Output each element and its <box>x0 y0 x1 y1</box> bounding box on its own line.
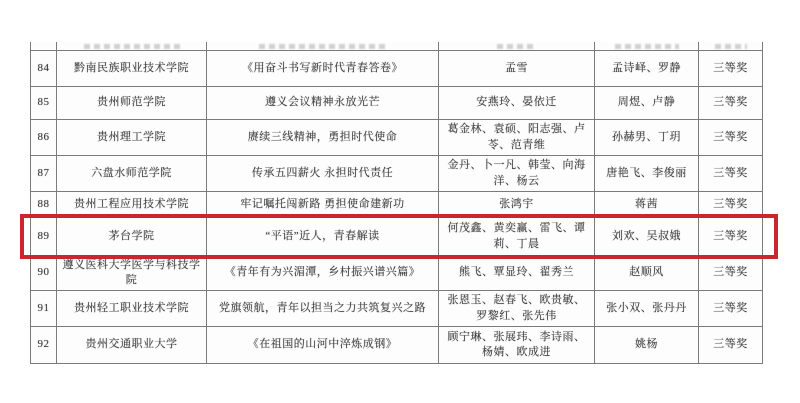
cell-school: 茅台学院 <box>57 218 207 256</box>
cell-work: 《用奋斗书写新时代青春答卷》 <box>207 51 439 87</box>
cell-award: 三等奖 <box>699 327 763 364</box>
cell-advisors: 刘欢、吴叔娥 <box>595 218 699 256</box>
cell-work: “平语”近人，青春解读 <box>207 218 439 256</box>
illegible-text-sliver <box>615 44 679 49</box>
cell-authors: 安燕玲、晏依迁 <box>439 87 595 120</box>
cell-work: 遵义会议精神永放光芒 <box>207 87 439 120</box>
table-row: 91 贵州轻工职业技术学院 党旗领航，青年以担当之力共筑复兴之路 张恩玉、赵春飞… <box>31 291 763 327</box>
award-table: 84 黔南民族职业技术学院 《用奋斗书写新时代青春答卷》 孟雪 孟诗峄、罗静 三… <box>30 42 763 364</box>
cell-authors: 何茂鑫、黄奕赢、雷飞、谭莉、丁晨 <box>439 218 595 256</box>
table-row: 84 黔南民族职业技术学院 《用奋斗书写新时代青春答卷》 孟雪 孟诗峄、罗静 三… <box>31 51 763 87</box>
cell-school: 贵州理工学院 <box>57 120 207 156</box>
table-row: 90 遵义医科大学医学与科技学院 《青年有为兴湄潭，乡村振兴谱兴篇》 熊飞、覃显… <box>31 256 763 291</box>
table-row: 92 贵州交通职业大学 《在祖国的山河中淬炼成钢》 顾宁琳、张展玮、李诗雨、杨婧… <box>31 327 763 364</box>
cell-no: 91 <box>31 291 57 327</box>
cell-school: 六盘水师范学院 <box>57 156 207 192</box>
cell-authors: 葛金林、袁硕、阳志强、卢苓、范青维 <box>439 120 595 156</box>
cell-school: 贵州轻工职业技术学院 <box>57 291 207 327</box>
cell-no: 92 <box>31 327 57 364</box>
cell-advisors: 姚杨 <box>595 327 699 364</box>
illegible-text-sliver <box>259 44 387 49</box>
cell-work: 党旗领航，青年以担当之力共筑复兴之路 <box>207 291 439 327</box>
cell-work: 《在祖国的山河中淬炼成钢》 <box>207 327 439 364</box>
table-row-highlighted: 89 茅台学院 “平语”近人，青春解读 何茂鑫、黄奕赢、雷飞、谭莉、丁晨 刘欢、… <box>31 218 763 256</box>
table-row: 86 贵州理工学院 赓续三线精神，勇担时代使命 葛金林、袁硕、阳志强、卢苓、范青… <box>31 120 763 156</box>
illegible-text-sliver <box>715 44 747 49</box>
cell-no: 85 <box>31 87 57 120</box>
cell-school: 遵义医科大学医学与科技学院 <box>57 256 207 291</box>
cell-school: 贵州师范学院 <box>57 87 207 120</box>
cell-school: 黔南民族职业技术学院 <box>57 51 207 87</box>
cell-school: 贵州工程应用技术学院 <box>57 192 207 218</box>
award-table-wrap: 84 黔南民族职业技术学院 《用奋斗书写新时代青春答卷》 孟雪 孟诗峄、罗静 三… <box>30 42 763 364</box>
cell-award <box>699 42 763 51</box>
cell-school: 贵州交通职业大学 <box>57 327 207 364</box>
cell-award: 三等奖 <box>699 120 763 156</box>
cell-award: 三等奖 <box>699 218 763 256</box>
cell-authors: 张恩玉、赵春飞、欧贵敏、罗黎红、张先伟 <box>439 291 595 327</box>
cell-authors: 熊飞、覃显玲、翟秀兰 <box>439 256 595 291</box>
cell-work: 牢记嘱托闯新路 勇担使命建新功 <box>207 192 439 218</box>
cell-no: 88 <box>31 192 57 218</box>
cell-no: 87 <box>31 156 57 192</box>
cell-advisors: 张小双、张丹丹 <box>595 291 699 327</box>
cell-work: 赓续三线精神，勇担时代使命 <box>207 120 439 156</box>
cell-award: 三等奖 <box>699 51 763 87</box>
cell-advisors: 周煜、卢静 <box>595 87 699 120</box>
cell-no: 89 <box>31 218 57 256</box>
table-row: 88 贵州工程应用技术学院 牢记嘱托闯新路 勇担使命建新功 张鸿宇 蒋茜 三等奖 <box>31 192 763 218</box>
cell-advisors: 赵顺风 <box>595 256 699 291</box>
cell-award: 三等奖 <box>699 291 763 327</box>
cell-no <box>31 42 57 51</box>
cell-advisors <box>595 42 699 51</box>
cell-authors: 金丹、卜一凡、韩莹、向海洋、杨云 <box>439 156 595 192</box>
cell-authors <box>439 42 595 51</box>
cell-advisors: 孙赫男、丁玥 <box>595 120 699 156</box>
cell-work: 传承五四薪火 永担时代责任 <box>207 156 439 192</box>
illegible-text-sliver <box>497 44 537 49</box>
cell-school <box>57 42 207 51</box>
cell-work <box>207 42 439 51</box>
cropped-previous-row <box>31 42 763 51</box>
cell-advisors: 孟诗峄、罗静 <box>595 51 699 87</box>
cell-award: 三等奖 <box>699 87 763 120</box>
cell-authors: 顾宁琳、张展玮、李诗雨、杨婧、欧成进 <box>439 327 595 364</box>
cell-advisors: 唐艳飞、李俊丽 <box>595 156 699 192</box>
table-row: 87 六盘水师范学院 传承五四薪火 永担时代责任 金丹、卜一凡、韩莹、向海洋、杨… <box>31 156 763 192</box>
cell-award: 三等奖 <box>699 192 763 218</box>
cell-award: 三等奖 <box>699 156 763 192</box>
illegible-text-sliver <box>84 44 180 49</box>
cell-no: 86 <box>31 120 57 156</box>
cell-authors: 孟雪 <box>439 51 595 87</box>
cell-advisors: 蒋茜 <box>595 192 699 218</box>
cell-no: 90 <box>31 256 57 291</box>
cell-work: 《青年有为兴湄潭，乡村振兴谱兴篇》 <box>207 256 439 291</box>
screenshot-stage: 84 黔南民族职业技术学院 《用奋斗书写新时代青春答卷》 孟雪 孟诗峄、罗静 三… <box>0 0 800 403</box>
cell-award: 三等奖 <box>699 256 763 291</box>
table-row: 85 贵州师范学院 遵义会议精神永放光芒 安燕玲、晏依迁 周煜、卢静 三等奖 <box>31 87 763 120</box>
cell-authors: 张鸿宇 <box>439 192 595 218</box>
cell-no: 84 <box>31 51 57 87</box>
